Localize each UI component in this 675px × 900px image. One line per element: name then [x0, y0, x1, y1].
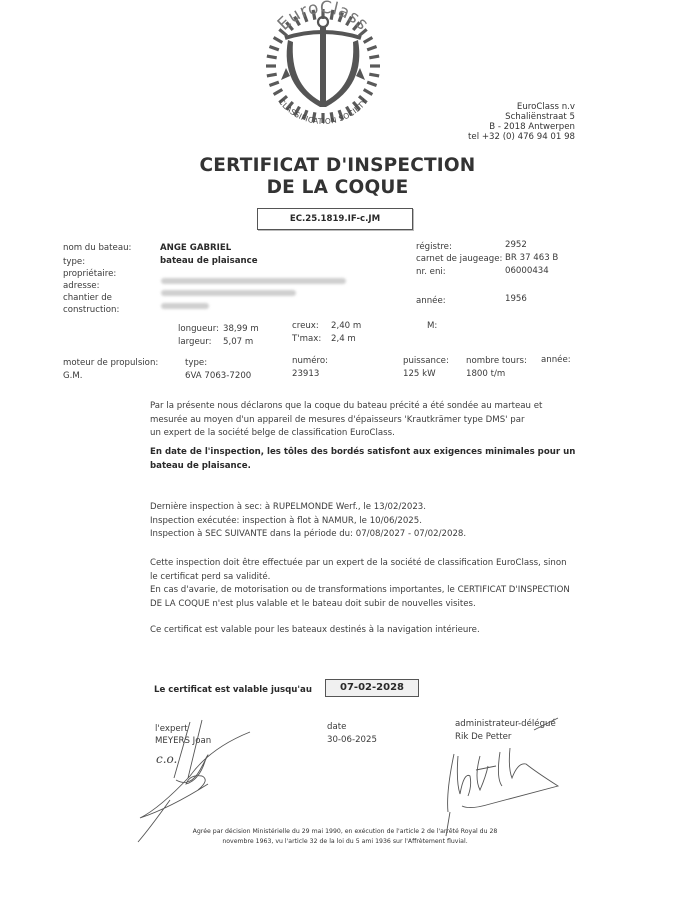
- length-label: longueur:: [178, 323, 219, 335]
- eni-value: 06000434: [505, 265, 549, 277]
- m-label: M:: [427, 320, 437, 332]
- depth-label: creux:: [292, 320, 319, 332]
- engine-label: moteur de propulsion:: [63, 357, 158, 369]
- conditions-paragraph: Cette inspection doit être effectuée par…: [150, 557, 570, 638]
- last-dry-inspection: Dernière inspection à sec: à RUPELMONDE …: [150, 501, 466, 515]
- vessel-type-label: type:: [63, 256, 85, 268]
- company-street: Schaliënstraat 5: [468, 112, 575, 122]
- year-value: 1956: [505, 293, 527, 305]
- engine-number-label: numéro:: [292, 355, 328, 367]
- company-phone: tel +32 (0) 476 94 01 98: [468, 132, 575, 142]
- year-label: année:: [416, 295, 446, 307]
- depth-value: 2,40 m: [331, 320, 361, 332]
- admin-signature: [430, 712, 600, 842]
- signature-date: 30-06-2025: [327, 734, 377, 746]
- shipyard-label: chantier de construction:: [63, 292, 119, 316]
- vessel-name-label: nom du bateau:: [63, 242, 131, 254]
- next-dry-inspection: Inspection à SEC SUIVANTE dans la périod…: [150, 528, 466, 542]
- validity-date: 07-02-2028: [325, 679, 419, 697]
- vessel-type: bateau de plaisance: [160, 255, 258, 267]
- engine-power-value: 125 kW: [403, 368, 436, 380]
- anchor-icon: EuroClass CLASSIFICATION SOCIETY: [258, 0, 388, 132]
- reference-number: EC.25.1819.IF-c.JM: [257, 208, 413, 230]
- address-label: adresse:: [63, 280, 100, 292]
- legal-footer: Agrée par décision Ministérielle du 29 m…: [150, 827, 540, 847]
- eni-label: nr. eni:: [416, 266, 446, 278]
- declaration-paragraph: Par la présente nous déclarons que la co…: [150, 400, 542, 441]
- expert-signature: [130, 718, 260, 843]
- executed-inspection: Inspection exécutée: inspection à flot à…: [150, 515, 466, 529]
- engine-type-value: 6VA 7063-7200: [185, 370, 251, 382]
- certificate-title: CERTIFICAT D'INSPECTION DE LA COQUE: [0, 155, 675, 199]
- engine-power-label: puissance:: [403, 355, 449, 367]
- vessel-name: ANGE GABRIEL: [160, 242, 231, 254]
- gauge-label: carnet de jaugeage:: [416, 253, 502, 265]
- company-name: EuroClass n.v: [468, 102, 575, 112]
- engine-year-label: année:: [541, 354, 571, 366]
- draft-value: 2,4 m: [331, 333, 356, 345]
- validity-label: Le certificat est valable jusqu'au: [154, 684, 312, 696]
- company-city: B - 2018 Antwerpen: [468, 122, 575, 132]
- company-address: EuroClass n.v Schaliënstraat 5 B - 2018 …: [468, 102, 575, 142]
- draft-label: T'max:: [292, 333, 321, 345]
- length-value: 38,99 m: [223, 323, 259, 335]
- engine-make: G.M.: [63, 370, 83, 382]
- engine-number-value: 23913: [292, 368, 319, 380]
- engine-rpm-value: 1800 t/m: [466, 368, 505, 380]
- width-label: largeur:: [178, 336, 212, 348]
- register-value: 2952: [505, 239, 527, 251]
- shipyard-value-redacted: [161, 295, 209, 314]
- gauge-value: BR 37 463 B: [505, 252, 558, 264]
- register-label: régistre:: [416, 241, 452, 253]
- engine-type-label: type:: [185, 357, 207, 369]
- width-value: 5,07 m: [223, 336, 253, 348]
- euroclass-logo: EuroClass CLASSIFICATION SOCIETY: [258, 0, 388, 132]
- conclusion-paragraph: En date de l'inspection, les tôles des b…: [150, 446, 575, 473]
- date-label: date: [327, 721, 346, 733]
- engine-rpm-label: nombre tours:: [466, 355, 527, 367]
- inspection-history: Dernière inspection à sec: à RUPELMONDE …: [150, 501, 466, 542]
- owner-label: propriétaire:: [63, 268, 116, 280]
